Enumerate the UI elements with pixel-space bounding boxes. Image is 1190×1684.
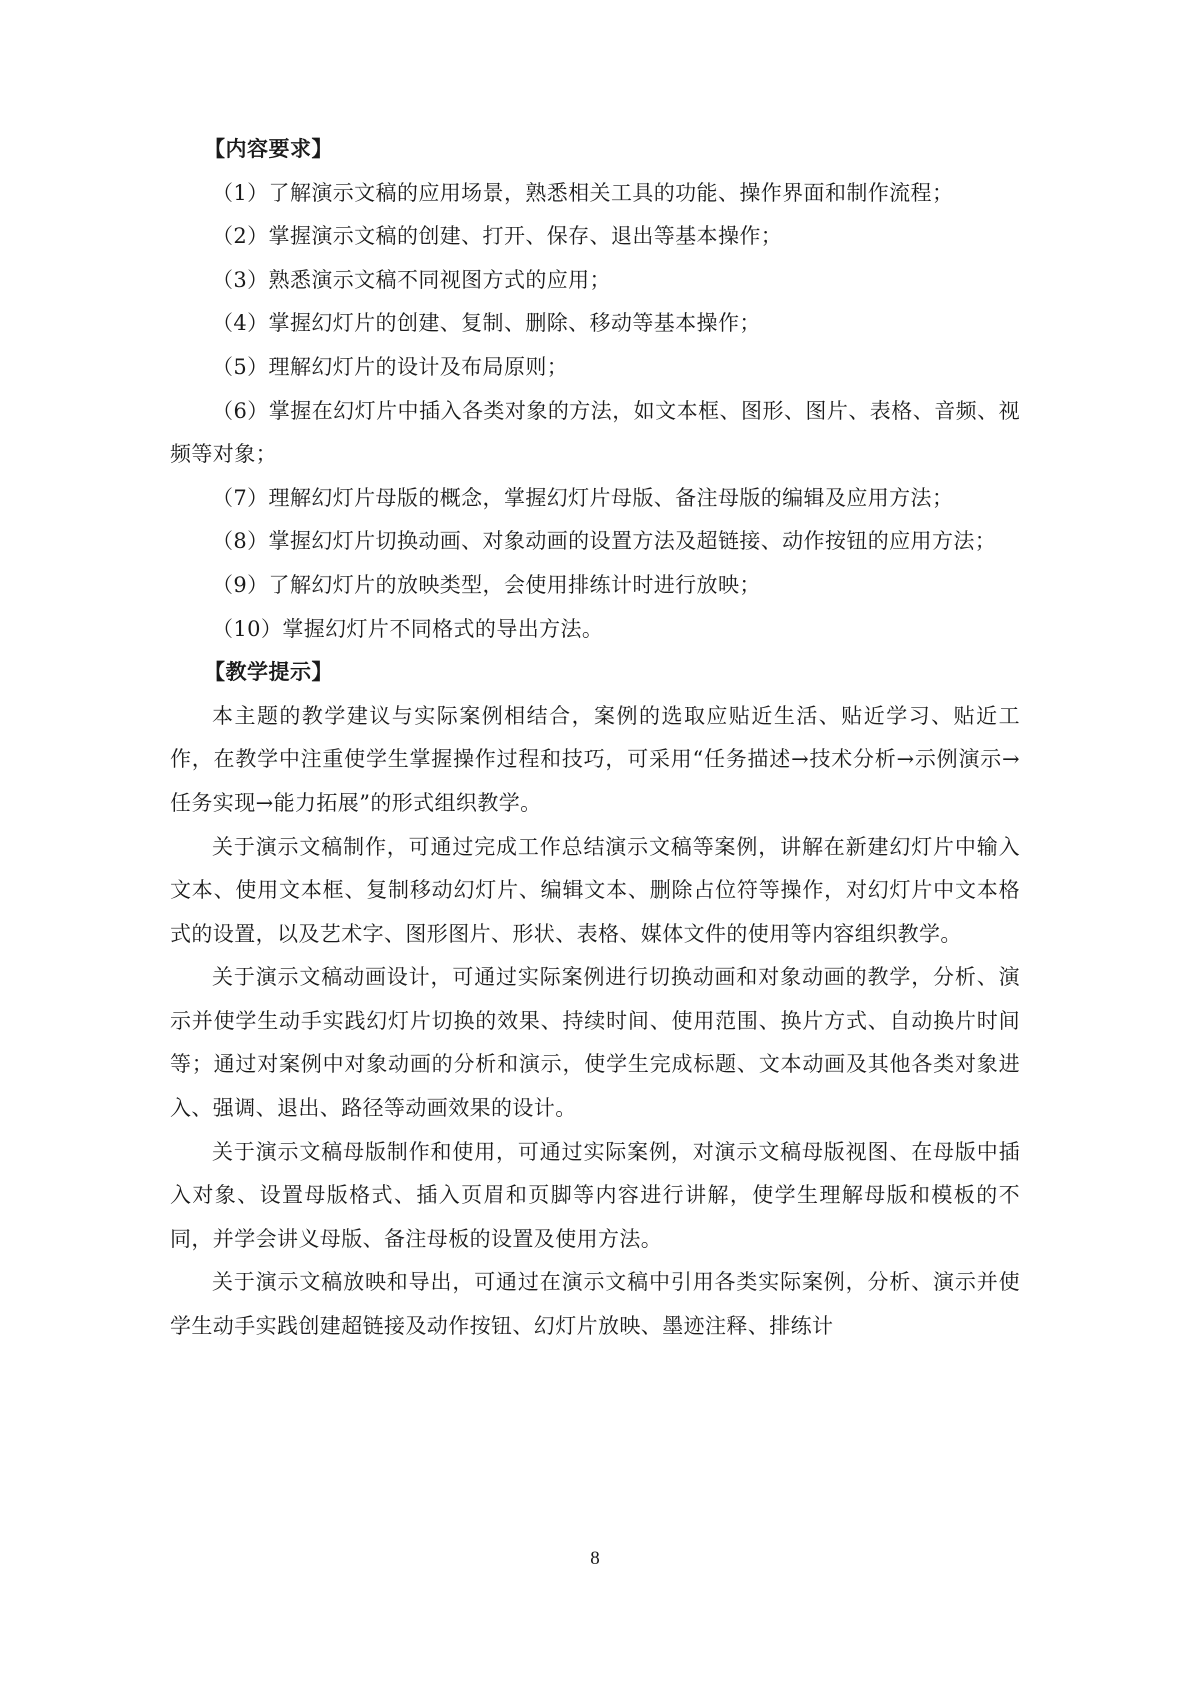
section-heading-content-requirements: 【内容要求】 — [170, 128, 1020, 172]
document-page: 【内容要求】 （1）了解演示文稿的应用场景，熟悉相关工具的功能、操作界面和制作流… — [170, 128, 1020, 1349]
page-number: 8 — [0, 1548, 1190, 1570]
requirement-item-6: （6）掌握在幻灯片中插入各类对象的方法，如文本框、图形、图片、表格、音频、视频等… — [170, 390, 1020, 477]
requirement-item-9: （9）了解幻灯片的放映类型，会使用排练计时进行放映； — [170, 564, 1020, 608]
requirement-item-2: （2）掌握演示文稿的创建、打开、保存、退出等基本操作； — [170, 215, 1020, 259]
requirement-item-1: （1）了解演示文稿的应用场景，熟悉相关工具的功能、操作界面和制作流程； — [170, 172, 1020, 216]
requirement-item-7: （7）理解幻灯片母版的概念，掌握幻灯片母版、备注母版的编辑及应用方法； — [170, 477, 1020, 521]
requirement-item-8: （8）掌握幻灯片切换动画、对象动画的设置方法及超链接、动作按钮的应用方法； — [170, 520, 1020, 564]
teaching-tip-paragraph-2: 关于演示文稿制作，可通过完成工作总结演示文稿等案例，讲解在新建幻灯片中输入文本、… — [170, 826, 1020, 957]
teaching-tip-paragraph-5: 关于演示文稿放映和导出，可通过在演示文稿中引用各类实际案例，分析、演示并使学生动… — [170, 1261, 1020, 1348]
teaching-tip-paragraph-3: 关于演示文稿动画设计，可通过实际案例进行切换动画和对象动画的教学，分析、演示并使… — [170, 956, 1020, 1130]
requirement-item-5: （5）理解幻灯片的设计及布局原则； — [170, 346, 1020, 390]
requirement-item-10: （10）掌握幻灯片不同格式的导出方法。 — [170, 608, 1020, 652]
teaching-tip-paragraph-4: 关于演示文稿母版制作和使用，可通过实际案例，对演示文稿母版视图、在母版中插入对象… — [170, 1131, 1020, 1262]
requirement-item-4: （4）掌握幻灯片的创建、复制、删除、移动等基本操作； — [170, 302, 1020, 346]
section-heading-teaching-tips: 【教学提示】 — [170, 651, 1020, 695]
teaching-tip-paragraph-1: 本主题的教学建议与实际案例相结合，案例的选取应贴近生活、贴近学习、贴近工作，在教… — [170, 695, 1020, 826]
requirement-item-3: （3）熟悉演示文稿不同视图方式的应用； — [170, 259, 1020, 303]
